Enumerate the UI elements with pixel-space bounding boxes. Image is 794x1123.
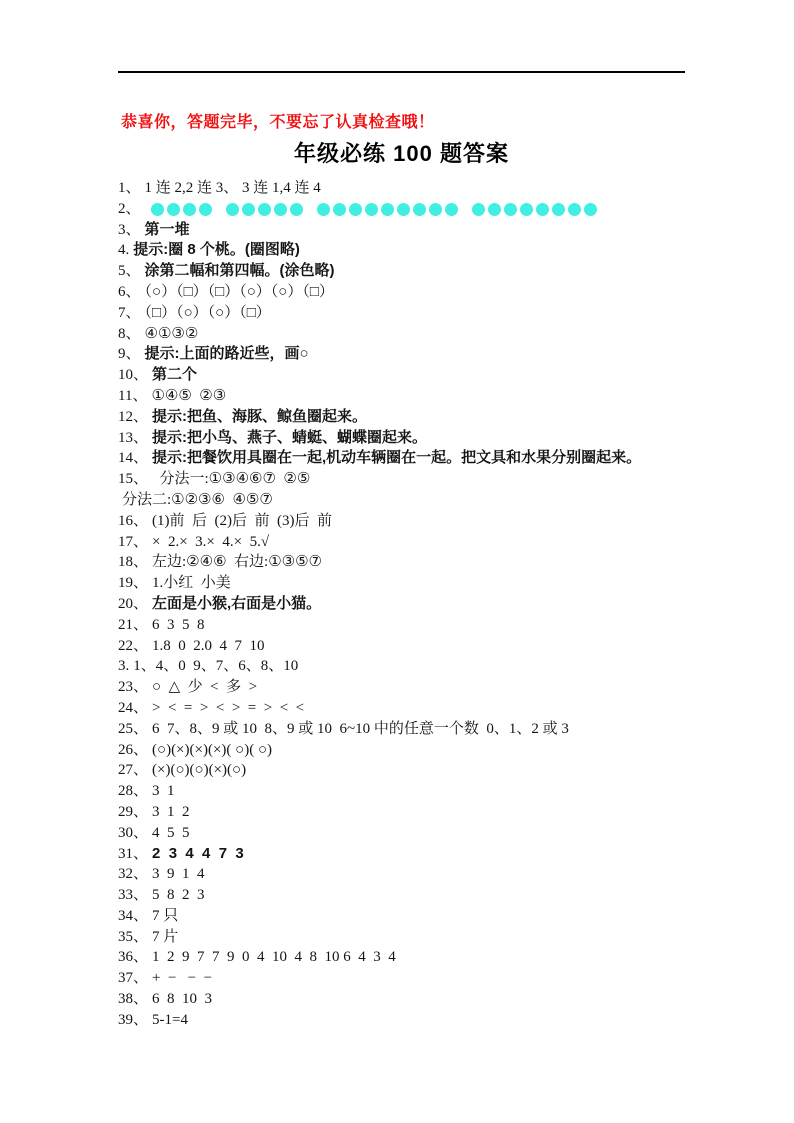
answer-text: 提示:圈 8 个桃。(圈图略) xyxy=(133,241,300,258)
answers-list: 1、1 连 2,2 连 3、 3 连 1,4 连 42、3、第一堆4.提示:圈 … xyxy=(118,178,728,1031)
answer-number: 30、 xyxy=(118,825,148,841)
answer-text: > < = > < > = > < < xyxy=(152,700,304,716)
answer-line: 3、第一堆 xyxy=(118,220,728,241)
dot-icon xyxy=(397,203,410,216)
answer-number: 10、 xyxy=(118,367,148,383)
answer-text: 3 1 xyxy=(152,783,175,799)
answer-number: 29、 xyxy=(118,804,148,820)
answer-line: 2、 xyxy=(118,199,728,220)
answer-line: 23、○ △ 少 < 多 > xyxy=(118,677,728,698)
answer-text: × 2.× 3.× 4.× 5.√ xyxy=(152,534,269,550)
answer-text: 4 5 5 xyxy=(152,825,190,841)
answer-number: 37、 xyxy=(118,970,148,986)
dot-icon xyxy=(167,203,180,216)
answer-number: 22、 xyxy=(118,638,148,654)
answer-text: ④①③② xyxy=(145,326,199,342)
dot-icon xyxy=(290,203,303,216)
answer-number: 17、 xyxy=(118,534,148,550)
dot-icon xyxy=(381,203,394,216)
answer-text: 5 8 2 3 xyxy=(152,887,205,903)
dot-icon xyxy=(274,203,287,216)
answer-line: 28、3 1 xyxy=(118,781,728,802)
answer-number: 25、 xyxy=(118,721,148,737)
dot-icon xyxy=(568,203,581,216)
answer-number: 24、 xyxy=(118,700,148,716)
dot-icon xyxy=(365,203,378,216)
answer-number: 1、 xyxy=(118,180,141,196)
answer-line: 13、提示:把小鸟、燕子、蜻蜓、蝴蝶圈起来。 xyxy=(118,428,728,449)
answer-line: 8、④①③② xyxy=(118,324,728,345)
answer-text: ○ △ 少 < 多 > xyxy=(152,679,257,695)
answer-text: 左面是小猴,右面是小猫。 xyxy=(152,595,321,612)
answer-line: 33、5 8 2 3 xyxy=(118,885,728,906)
answer-number: 15、 xyxy=(118,471,148,487)
answer-line: 7、（□）（○）（○）（□） xyxy=(118,303,728,324)
answer-number: 18、 xyxy=(118,554,148,570)
answer-line: 37、+ − − − xyxy=(118,968,728,989)
answer-text: (1)前 后 (2)后 前 (3)后 前 xyxy=(152,513,332,529)
answer-number: 33、 xyxy=(118,887,148,903)
dot-group xyxy=(472,203,597,216)
answer-text: 6 3 5 8 xyxy=(152,617,205,633)
answer-number: 19、 xyxy=(118,575,148,591)
dot-icon xyxy=(199,203,212,216)
answer-line: 12、提示:把鱼、海豚、鲸鱼圈起来。 xyxy=(118,407,728,428)
answer-number: 7、 xyxy=(118,305,141,321)
answer-number: 14、 xyxy=(118,450,148,466)
answer-text: (○)(×)(×)(×)( ○)( ○) xyxy=(152,742,272,758)
completion-notice: 恭喜你，答题完毕，不要忘了认真检查哦！ xyxy=(121,109,435,132)
answer-line: 17、× 2.× 3.× 4.× 5.√ xyxy=(118,532,728,553)
answer-line: 分法二:①②③⑥ ④⑤⑦ xyxy=(118,490,728,511)
answer-number: 38、 xyxy=(118,991,148,1007)
answer-text: 3 9 1 4 xyxy=(152,866,205,882)
answer-line: 6、（○）（□）（□）（○）（○）（□） xyxy=(118,282,728,303)
answer-line: 24、> < = > < > = > < < xyxy=(118,698,728,719)
answer-text: 6 7、8、9 或 10 8、9 或 10 6~10 中的任意一个数 0、1、2… xyxy=(152,721,569,737)
answer-number: 8、 xyxy=(118,326,141,342)
answer-text: 1.8 0 2.0 4 7 10 xyxy=(152,638,265,654)
answer-line: 15、 分法一:①③④⑥⑦ ②⑤ xyxy=(118,469,728,490)
answer-line: 27、(×)(○)(○)(×)(○) xyxy=(118,760,728,781)
answer-line: 20、左面是小猴,右面是小猫。 xyxy=(118,594,728,615)
answer-number: 3. xyxy=(118,658,129,674)
answer-number: 16、 xyxy=(118,513,148,529)
answer-number: 9、 xyxy=(118,346,141,362)
answer-text: 2 3 4 4 7 3 xyxy=(152,845,244,862)
answer-number: 27、 xyxy=(118,762,148,778)
answer-line: 9、提示:上面的路近些，画○ xyxy=(118,344,728,365)
answer-line: 3.1、4、0 9、7、6、8、10 xyxy=(118,656,728,677)
dot-icon xyxy=(183,203,196,216)
dot-group xyxy=(226,203,303,216)
answer-number: 36、 xyxy=(118,949,148,965)
answer-number: 6、 xyxy=(118,284,141,300)
answer-text: 1 2 9 7 7 9 0 4 10 4 8 10 6 4 3 4 xyxy=(152,949,396,965)
dot-icon xyxy=(584,203,597,216)
dot-icon xyxy=(488,203,501,216)
dot-icon xyxy=(472,203,485,216)
answer-number: 26、 xyxy=(118,742,148,758)
answer-text: + − − − xyxy=(152,970,212,986)
answer-text: 涂第二幅和第四幅。(涂色略) xyxy=(145,262,335,279)
answer-text: 第二个 xyxy=(152,366,197,383)
answer-line: 25、6 7、8、9 或 10 8、9 或 10 6~10 中的任意一个数 0、… xyxy=(118,719,728,740)
answer-line: 18、左边:②④⑥ 右边:①③⑤⑦ xyxy=(118,552,728,573)
answer-text: 7 片 xyxy=(152,929,178,945)
page-title: 年级必练 100 题答案 xyxy=(118,137,685,168)
answer-text: （□）（○）（○）（□） xyxy=(145,305,271,321)
answer-number: 12、 xyxy=(118,409,148,425)
dot-icon xyxy=(536,203,549,216)
dot-icon xyxy=(242,203,255,216)
answer-number: 23、 xyxy=(118,679,148,695)
answer-number: 13、 xyxy=(118,430,148,446)
dot-group xyxy=(317,203,458,216)
dot-icon xyxy=(429,203,442,216)
answer-text: (×)(○)(○)(×)(○) xyxy=(152,762,246,778)
answer-line: 19、1.小红 小美 xyxy=(118,573,728,594)
answer-line: 39、5-1=4 xyxy=(118,1010,728,1031)
answer-line: 34、7 只 xyxy=(118,906,728,927)
answer-number: 32、 xyxy=(118,866,148,882)
answer-text: （○）（□）（□）（○）（○）（□） xyxy=(145,284,334,300)
dot-icon xyxy=(317,203,330,216)
answer-line: 14、提示:把餐饮用具圈在一起,机动车辆圈在一起。把文具和水果分别圈起来。 xyxy=(118,448,728,469)
answer-number: 39、 xyxy=(118,1012,148,1028)
dot-icon xyxy=(226,203,239,216)
answer-line: 16、(1)前 后 (2)后 前 (3)后 前 xyxy=(118,511,728,532)
answer-number: 2、 xyxy=(118,201,141,217)
answer-text: 1 连 2,2 连 3、 3 连 1,4 连 4 xyxy=(145,180,321,196)
answer-text: 7 只 xyxy=(152,908,178,924)
answer-line: 32、3 9 1 4 xyxy=(118,864,728,885)
dot-icon xyxy=(333,203,346,216)
document-page: 恭喜你，答题完毕，不要忘了认真检查哦！ 年级必练 100 题答案 1、1 连 2… xyxy=(0,0,794,1123)
answer-line: 11、①④⑤ ②③ xyxy=(118,386,728,407)
answer-text: 左边:②④⑥ 右边:①③⑤⑦ xyxy=(152,554,322,570)
answer-text: 分法一:①③④⑥⑦ ②⑤ xyxy=(152,471,310,487)
answer-line: 10、第二个 xyxy=(118,365,728,386)
answer-line: 31、2 3 4 4 7 3 xyxy=(118,844,728,865)
answer-number: 35、 xyxy=(118,929,148,945)
dot-icon xyxy=(413,203,426,216)
answer-line: 30、4 5 5 xyxy=(118,823,728,844)
answer-line: 21、6 3 5 8 xyxy=(118,615,728,636)
dot-icon xyxy=(349,203,362,216)
dot-icon xyxy=(258,203,271,216)
dot-icon xyxy=(151,203,164,216)
answer-number: 4. xyxy=(118,242,129,258)
answer-text: 1、4、0 9、7、6、8、10 xyxy=(133,658,298,674)
answer-text: 第一堆 xyxy=(145,221,190,238)
answer-number: 3、 xyxy=(118,222,141,238)
answer-line: 4.提示:圈 8 个桃。(圈图略) xyxy=(118,240,728,261)
top-divider xyxy=(118,71,685,73)
dot-icon xyxy=(520,203,533,216)
answer-text: 提示:把鱼、海豚、鲸鱼圈起来。 xyxy=(152,408,367,425)
answer-text: 提示:上面的路近些，画○ xyxy=(145,345,309,362)
answer-number: 20、 xyxy=(118,596,148,612)
answer-text: 5-1=4 xyxy=(152,1012,188,1028)
answer-number: 34、 xyxy=(118,908,148,924)
answer-text: 3 1 2 xyxy=(152,804,190,820)
answer-number: 11、 xyxy=(118,388,147,404)
dot-icon xyxy=(552,203,565,216)
answer-line: 1、1 连 2,2 连 3、 3 连 1,4 连 4 xyxy=(118,178,728,199)
answer-text: 1.小红 小美 xyxy=(152,575,231,591)
answer-number: 31、 xyxy=(118,846,148,862)
answer-text: ①④⑤ ②③ xyxy=(151,388,226,404)
answer-text: 提示:把小鸟、燕子、蜻蜓、蝴蝶圈起来。 xyxy=(152,429,427,446)
answer-line: 38、6 8 10 3 xyxy=(118,989,728,1010)
answer-text: 6 8 10 3 xyxy=(152,991,212,1007)
answer-text: 提示:把餐饮用具圈在一起,机动车辆圈在一起。把文具和水果分别圈起来。 xyxy=(152,449,641,466)
answer-line: 26、(○)(×)(×)(×)( ○)( ○) xyxy=(118,740,728,761)
answer-line: 5、涂第二幅和第四幅。(涂色略) xyxy=(118,261,728,282)
dot-icon xyxy=(445,203,458,216)
answer-text: 分法二:①②③⑥ ④⑤⑦ xyxy=(122,492,273,508)
answer-number: 21、 xyxy=(118,617,148,633)
answer-line: 29、3 1 2 xyxy=(118,802,728,823)
answer-number: 28、 xyxy=(118,783,148,799)
answer-number: 5、 xyxy=(118,263,141,279)
answer-line: 22、1.8 0 2.0 4 7 10 xyxy=(118,636,728,657)
dot-icon xyxy=(504,203,517,216)
dot-row xyxy=(151,203,597,216)
dot-group xyxy=(151,203,212,216)
answer-line: 35、7 片 xyxy=(118,927,728,948)
answer-line: 36、1 2 9 7 7 9 0 4 10 4 8 10 6 4 3 4 xyxy=(118,947,728,968)
